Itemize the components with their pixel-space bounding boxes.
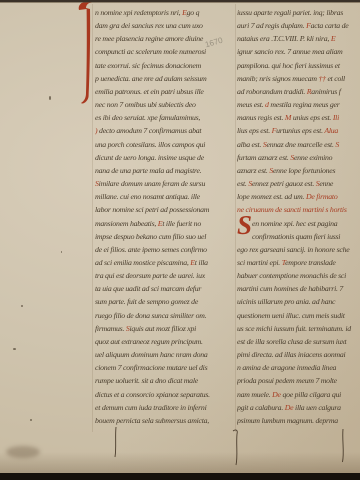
text-line: quoz aut extraneoz regum principum.: [95, 335, 235, 348]
text-line: mansionem habeatis, Et ille fuerit no: [95, 217, 235, 230]
text-line: cionem 7 confirmacione mutare uel dis: [95, 361, 235, 374]
text-line: est de illa sorella clusa de sursum iuxt: [237, 335, 360, 348]
right-text-column: iussu aparte regali pariet. inq; librasa…: [237, 6, 360, 427]
text-line: manus regis est. M unius eps est. Ili: [237, 111, 360, 124]
parchment-speck: [61, 251, 62, 253]
text-line: manib; nris signos muecam †† et coll: [237, 72, 360, 85]
text-line: alba est. Sennaz dne marcelle est. S: [237, 138, 360, 151]
text-line: ego rex garseani sancij. in honore sche: [237, 243, 360, 256]
text-line: pimi directa. ad illas iniacens aonmai: [237, 348, 360, 361]
text-line: ne ciruanum de sancti martini s hortis: [237, 203, 360, 216]
text-line: impse despuo bekano cum filio suo uel: [95, 230, 235, 243]
text-line: sum parte. fuit de sempno gomez de: [95, 295, 235, 308]
text-line: nam muele. De qoe pilla cilgara qui: [237, 388, 360, 401]
text-line: confirmationis quam fieri iussi: [237, 230, 360, 243]
text-line: de ei filios. ante ipemo semes confirmo: [95, 243, 235, 256]
text-line: bouem pernicta sela submersus amicta,: [95, 414, 235, 427]
text-line: nataius era .T.C.VIII. P. kli nira, E: [237, 32, 360, 45]
text-line: nec non 7 omibus ubi subiectis deo: [95, 98, 235, 111]
text-line: et demum cum iuda traditore in inferni: [95, 401, 235, 414]
text-line: ignur sancio rex. 7 annue mea aliam: [237, 45, 360, 58]
page-bottom-shadow: [0, 452, 360, 473]
parchment-speck: [21, 305, 23, 307]
text-line: auri 7 ad regis duplam. Facta carta de: [237, 19, 360, 32]
left-text-column: n nomine xpi redemptoris nri, Ego qdam g…: [95, 6, 235, 427]
text-line: compuncti ac scelerum mole numerosi: [95, 45, 235, 58]
text-line: rumpe uoluerit. sit a dno dicat male: [95, 374, 235, 387]
text-line: habuer contemptione monachis de sci: [237, 269, 360, 282]
text-line: ad roborandum tradidi. Ranimirus f: [237, 85, 360, 98]
text-line: tate exorrui. sic fecimus donacionem: [95, 59, 235, 72]
text-line: firmamus. Siquis aut mozt filioz xpi: [95, 322, 235, 335]
text-line: prioda posui pedem meum 7 molte: [237, 374, 360, 387]
parchment-speck: [30, 419, 32, 421]
text-line: re mee plasencia regine amore diuine: [95, 32, 235, 45]
text-line: Similare domum unam feram de sursu: [95, 177, 235, 190]
text-line: dicunt de uero longa. insime usque de: [95, 151, 235, 164]
text-line: questionem ueni illuc. cum meis sudit: [237, 309, 360, 322]
text-line: est. Sennez petri gauoz est. Senne: [237, 177, 360, 190]
text-line: us sce michi iussum fuit. terminatum. id: [237, 322, 360, 335]
text-line: n amina de aragone inmedia linea: [237, 361, 360, 374]
text-line: uel aliquum dominum hanc nram dona: [95, 348, 235, 361]
text-line: tra qui est deorsum parte de uarei. iux: [95, 269, 235, 282]
text-line: pampilona. qui hoc fieri iussimus et: [237, 59, 360, 72]
text-line: dam gra dei sancius rex una cum uxo: [95, 19, 235, 32]
text-line: una porch cotesilans. illos campos qui: [95, 138, 235, 151]
text-line: ) decto amodum 7 confirmamus abat: [95, 124, 235, 137]
text-line: en nomine xpi. hec est pagina: [237, 217, 360, 230]
photo-bottom-edge: [0, 473, 360, 480]
text-line: martini cum homines de habibarri. 7: [237, 282, 360, 295]
text-line: lius eps est. Furtunius eps est. Alua: [237, 124, 360, 137]
text-line: pgit a calabura. De illa uen calgura: [237, 401, 360, 414]
text-line: es ibi deo seruiat. xpe famulamimus,: [95, 111, 235, 124]
text-line: meus est. d mestila regina meus ger: [237, 98, 360, 111]
text-line: n nomine xpi redemptoris nri, Ego q: [95, 6, 235, 19]
text-line: ta uia que uadit ad sci marcam defur: [95, 282, 235, 295]
text-line: furtam aznarz est. Senne eximino: [237, 151, 360, 164]
text-line: iussu aparte regali pariet. inq; libras: [237, 6, 360, 19]
text-line: psimum lumbum magnum. deprma: [237, 414, 360, 427]
photo-top-edge-shadow: [0, 2, 360, 3]
text-line: p uenedicta. ane nre ad aulam seissum: [95, 72, 235, 85]
text-line: labor nomine sci petri ad possessionam: [95, 203, 235, 216]
text-line: aznarz est. Senne lope fortuniones: [237, 164, 360, 177]
parchment-speck: [49, 96, 51, 100]
text-line: lope momez est. ad um. De firmato: [237, 190, 360, 203]
text-line: ruego filio de dona sunca similiter om.: [95, 309, 235, 322]
parchment-speck: [13, 348, 16, 350]
text-line: nana de una parte mala ad magistre.: [95, 164, 235, 177]
text-line: sci martini epi. Tempore translade: [237, 256, 360, 269]
text-line: millane. cui eno nosamt antiqua. ille: [95, 190, 235, 203]
column-ruling-right: [235, 4, 236, 432]
text-line: uicinis uillarum pro ania. ad hanc: [237, 295, 360, 308]
text-line: ad sci emilia mostice piscamina, Et illa: [95, 256, 235, 269]
text-line: dictus et a consorcio xpianoz separatus.: [95, 388, 235, 401]
manuscript-photo: S 1670 n nomine xpi redemptoris nri, Ego…: [0, 0, 360, 480]
text-line: emilia patronus. et ein patri ubsus ille: [95, 85, 235, 98]
